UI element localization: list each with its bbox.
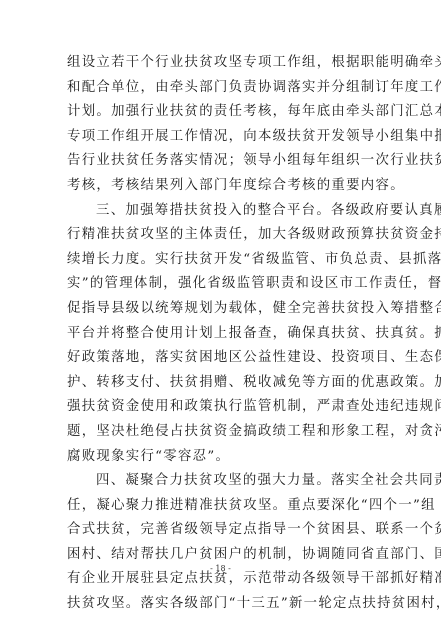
- section-heading-line: 三、加强筹措扶贫投入的整合平台。各级政府要认真履: [67, 199, 377, 224]
- text-line: 护、转移支付、扶贫捐赠、税收减免等方面的优惠政策。加: [67, 371, 377, 396]
- text-line: 扶贫攻坚。落实各级部门“十三五”新一轮定点扶持贫困村，: [67, 592, 377, 617]
- text-line: 腐败现象实行“零容忍”。: [67, 445, 377, 470]
- page-number: - 18 -: [0, 564, 441, 573]
- text-line: 和配合单位，由牵头部门负责协调落实并分组制订年度工作: [67, 76, 377, 101]
- text-line: 合式扶贫，完善省级领导定点指导一个贫困县、联系一个贫: [67, 518, 377, 543]
- text-line: 行精准扶贫攻坚的主体责任，加大各级财政预算扶贫资金持: [67, 223, 377, 248]
- text-line: 好政策落地，落实贫困地区公益性建设、投资项目、生态保: [67, 346, 377, 371]
- text-line: 强扶贫资金使用和政策执行监管机制，严肃查处违纪违规问: [67, 395, 377, 420]
- section-heading-line: 四、凝聚合力扶贫攻坚的强大力量。落实全社会共同责: [67, 469, 377, 494]
- text-line: 题，坚决杜绝侵占扶贫资金搞政绩工程和形象工程，对贪污: [67, 420, 377, 445]
- text-line: 专项工作组开展工作情况，向本级扶贫开发领导小组集中报: [67, 125, 377, 150]
- text-line: 平台并将整合使用计划上报备查，确保真扶贫、扶真贫。抓: [67, 322, 377, 347]
- text-line: 考核，考核结果列入部门年度综合考核的重要内容。: [67, 174, 377, 199]
- text-line: 促指导县级以统筹规划为载体，健全完善扶贫投入筹措整合: [67, 297, 377, 322]
- text-line: 任，凝心聚力推进精准扶贫攻坚。重点要深化“四个一”组: [67, 494, 377, 519]
- text-line: 告行业扶贫任务落实情况；领导小组每年组织一次行业扶贫: [67, 149, 377, 174]
- text-line: 续增长力度。实行扶贫开发“省级监管、市负总责、县抓落: [67, 248, 377, 273]
- body-text: 组设立若干个行业扶贫攻坚专项工作组，根据职能明确牵头 和配合单位，由牵头部门负责…: [67, 51, 377, 617]
- text-line: 计划。加强行业扶贫的责任考核，每年底由牵头部门汇总本: [67, 100, 377, 125]
- text-line: 实”的管理体制，强化省级监管职责和设区市工作责任，督: [67, 272, 377, 297]
- document-page: 组设立若干个行业扶贫攻坚专项工作组，根据职能明确牵头 和配合单位，由牵头部门负责…: [0, 0, 441, 626]
- text-line: 组设立若干个行业扶贫攻坚专项工作组，根据职能明确牵头: [67, 51, 377, 76]
